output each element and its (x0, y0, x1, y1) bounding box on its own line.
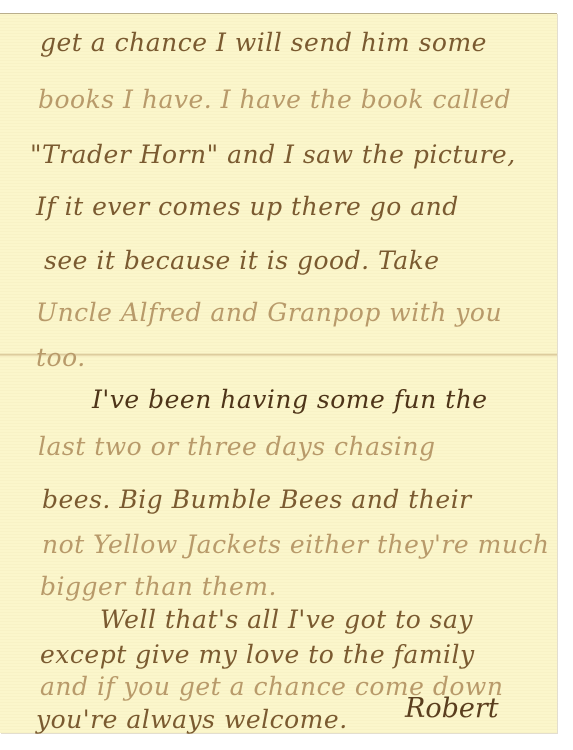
letter-line: bees. Big Bumble Bees and their (42, 485, 472, 514)
letter-line: If it ever comes up there go and (36, 192, 459, 221)
letter-line: "Trader Horn" and I saw the picture, (30, 140, 516, 169)
letter-line: I've been having some fun the (92, 385, 488, 414)
letter-line: books I have. I have the book called (38, 85, 511, 114)
letter-line: Uncle Alfred and Granpop with you (36, 298, 502, 327)
letter-line: see it because it is good. Take (44, 246, 440, 275)
letter-line: not Yellow Jackets either they're much (42, 530, 550, 559)
letter-line: too. (36, 343, 86, 372)
signature: Robert (405, 693, 499, 724)
letter-line: last two or three days chasing (38, 432, 436, 461)
letter-line: you're always welcome. (36, 705, 348, 734)
letter-line: get a chance I will send him some (40, 28, 487, 57)
letter-line: except give my love to the family (40, 640, 475, 669)
letter-line: Well that's all I've got to say (100, 605, 473, 634)
letter-line: bigger than them. (40, 572, 277, 601)
